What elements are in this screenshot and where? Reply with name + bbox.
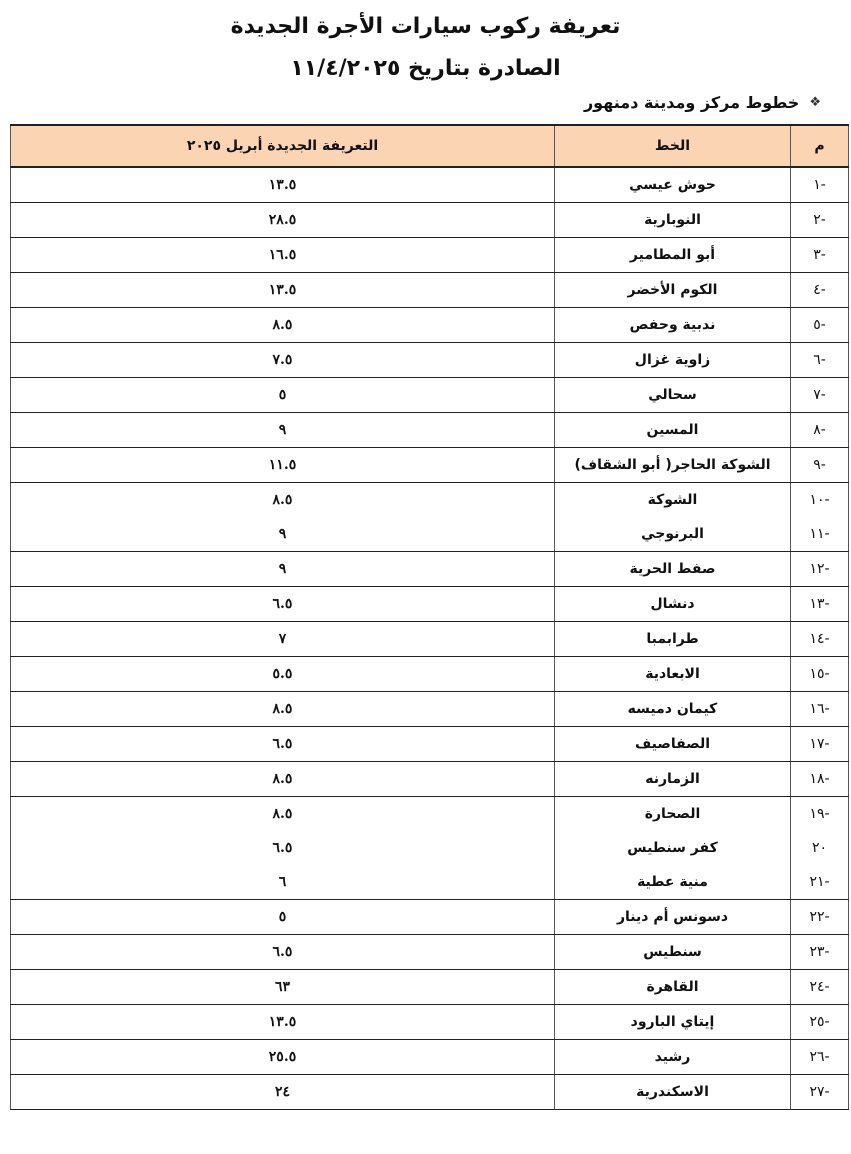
fare-table-body: -١حوش عيسي١٣.٥-٢النوبارية٢٨.٥-٣أبو المطا… — [11, 167, 849, 1110]
row-number: -١٤ — [791, 622, 849, 657]
route-name: البرنوجي — [555, 517, 791, 552]
route-name: سحالي — [555, 378, 791, 413]
fare-value: ١٣.٥ — [11, 1005, 555, 1040]
route-name: المسين — [555, 413, 791, 448]
row-number: -١٢ — [791, 552, 849, 587]
route-name: زاوية غزال — [555, 343, 791, 378]
fare-value: ٦.٥ — [11, 935, 555, 970]
route-name: الشوكة الحاجر( أبو الشقاف) — [555, 448, 791, 483]
table-row: -٨المسين٩ — [11, 413, 849, 448]
row-number: -١٨ — [791, 762, 849, 797]
route-name: القاهرة — [555, 970, 791, 1005]
row-number: -٢٦ — [791, 1040, 849, 1075]
table-row: -١٥الابعادية٥.٥ — [11, 657, 849, 692]
table-row: -٢النوبارية٢٨.٥ — [11, 203, 849, 238]
row-number: -١١ — [791, 517, 849, 552]
table-row: -٢٢دسونس أم دينار٥ — [11, 900, 849, 935]
fare-value: ٢٤ — [11, 1075, 555, 1110]
row-number: -١٩ — [791, 797, 849, 832]
table-row: -٢٧الاسكندرية٢٤ — [11, 1075, 849, 1110]
row-number: -٢١ — [791, 865, 849, 900]
row-number: -٣ — [791, 238, 849, 273]
row-number: -١٧ — [791, 727, 849, 762]
document-title: تعريفة ركوب سيارات الأجرة الجديدة — [0, 10, 851, 44]
route-name: أبو المطامير — [555, 238, 791, 273]
table-row: -٢٦رشيد٢٥.٥ — [11, 1040, 849, 1075]
table-row: -١حوش عيسي١٣.٥ — [11, 167, 849, 203]
fare-table: م الخط التعريفة الجديدة أبريل ٢٠٢٥ -١حوش… — [10, 124, 849, 1110]
table-row: -٢٣سنطيس٦.٥ — [11, 935, 849, 970]
row-number: -٥ — [791, 308, 849, 343]
fare-value: ١٣.٥ — [11, 273, 555, 308]
route-name: الابعادية — [555, 657, 791, 692]
section-heading: ❖ خطوط مركز ومدينة دمنهور — [584, 90, 821, 116]
table-header-row: م الخط التعريفة الجديدة أبريل ٢٠٢٥ — [11, 125, 849, 167]
fare-value: ٦.٥ — [11, 587, 555, 622]
fare-value: ٥ — [11, 378, 555, 413]
fare-value: ٢٥.٥ — [11, 1040, 555, 1075]
diamond-bullet-icon: ❖ — [809, 90, 821, 116]
route-name: كفر سنطيس — [555, 831, 791, 865]
fare-value: ٩ — [11, 552, 555, 587]
row-number: -٢٣ — [791, 935, 849, 970]
route-name: الصحارة — [555, 797, 791, 832]
fare-value: ٨.٥ — [11, 483, 555, 518]
table-row: ٢٠كفر سنطيس٦.٥ — [11, 831, 849, 865]
fare-value: ٦ — [11, 865, 555, 900]
table-row: -١٣دنشال٦.٥ — [11, 587, 849, 622]
route-name: الاسكندرية — [555, 1075, 791, 1110]
row-number: -١٥ — [791, 657, 849, 692]
fare-value: ٥.٥ — [11, 657, 555, 692]
table-row: -١٨الزمارنه٨.٥ — [11, 762, 849, 797]
route-name: الزمارنه — [555, 762, 791, 797]
route-name: النوبارية — [555, 203, 791, 238]
fare-value: ٨.٥ — [11, 308, 555, 343]
fare-value: ١٦.٥ — [11, 238, 555, 273]
table-row: -٦زاوية غزال٧.٥ — [11, 343, 849, 378]
route-name: الشوكة — [555, 483, 791, 518]
route-name: دنشال — [555, 587, 791, 622]
row-number: -٢٤ — [791, 970, 849, 1005]
table-row: -٥ندبية وحفص٨.٥ — [11, 308, 849, 343]
route-name: منية عطية — [555, 865, 791, 900]
row-number: ٢٠ — [791, 831, 849, 865]
table-row: -١٠الشوكة٨.٥ — [11, 483, 849, 518]
row-number: -٢٥ — [791, 1005, 849, 1040]
route-name: سنطيس — [555, 935, 791, 970]
row-number: -١٦ — [791, 692, 849, 727]
table-row: -١٢صفط الحرية٩ — [11, 552, 849, 587]
column-header-line: الخط — [555, 125, 791, 167]
column-header-fare: التعريفة الجديدة أبريل ٢٠٢٥ — [11, 125, 555, 167]
table-row: -١١البرنوجي٩ — [11, 517, 849, 552]
table-row: -٤الكوم الأخضر١٣.٥ — [11, 273, 849, 308]
fare-value: ٩ — [11, 517, 555, 552]
document-subtitle-date: الصادرة بتاريخ ١١/٤/٢٠٢٥ — [0, 52, 851, 86]
row-number: -٢٧ — [791, 1075, 849, 1110]
fare-value: ١٣.٥ — [11, 167, 555, 203]
fare-value: ٢٨.٥ — [11, 203, 555, 238]
column-header-num: م — [791, 125, 849, 167]
route-name: ندبية وحفص — [555, 308, 791, 343]
route-name: إيتاي البارود — [555, 1005, 791, 1040]
fare-value: ٨.٥ — [11, 797, 555, 832]
fare-value: ٦.٥ — [11, 831, 555, 865]
fare-value: ٨.٥ — [11, 762, 555, 797]
row-number: -١٠ — [791, 483, 849, 518]
fare-value: ١١.٥ — [11, 448, 555, 483]
row-number: -١٣ — [791, 587, 849, 622]
table-row: -١٧الصفاصيف٦.٥ — [11, 727, 849, 762]
fare-value: ٨.٥ — [11, 692, 555, 727]
table-row: -٧سحالي٥ — [11, 378, 849, 413]
row-number: -٧ — [791, 378, 849, 413]
route-name: دسونس أم دينار — [555, 900, 791, 935]
row-number: -٨ — [791, 413, 849, 448]
route-name: صفط الحرية — [555, 552, 791, 587]
fare-value: ٥ — [11, 900, 555, 935]
fare-value: ٩ — [11, 413, 555, 448]
fare-value: ٧.٥ — [11, 343, 555, 378]
fare-value: ٦.٥ — [11, 727, 555, 762]
row-number: -١ — [791, 167, 849, 203]
route-name: كيمان دميسه — [555, 692, 791, 727]
table-row: -١٦كيمان دميسه٨.٥ — [11, 692, 849, 727]
table-row: -٣أبو المطامير١٦.٥ — [11, 238, 849, 273]
row-number: -٦ — [791, 343, 849, 378]
route-name: الصفاصيف — [555, 727, 791, 762]
route-name: طرابمبا — [555, 622, 791, 657]
route-name: رشيد — [555, 1040, 791, 1075]
table-row: -٢١منية عطية٦ — [11, 865, 849, 900]
section-heading-text: خطوط مركز ومدينة دمنهور — [584, 90, 799, 116]
fare-value: ٧ — [11, 622, 555, 657]
route-name: حوش عيسي — [555, 167, 791, 203]
row-number: -٢٢ — [791, 900, 849, 935]
route-name: الكوم الأخضر — [555, 273, 791, 308]
table-row: -٢٤القاهرة٦٣ — [11, 970, 849, 1005]
table-row: -١٤طرابمبا٧ — [11, 622, 849, 657]
table-row: -٩الشوكة الحاجر( أبو الشقاف)١١.٥ — [11, 448, 849, 483]
row-number: -٢ — [791, 203, 849, 238]
row-number: -٤ — [791, 273, 849, 308]
table-row: -٢٥إيتاي البارود١٣.٥ — [11, 1005, 849, 1040]
table-row: -١٩الصحارة٨.٥ — [11, 797, 849, 832]
fare-value: ٦٣ — [11, 970, 555, 1005]
row-number: -٩ — [791, 448, 849, 483]
